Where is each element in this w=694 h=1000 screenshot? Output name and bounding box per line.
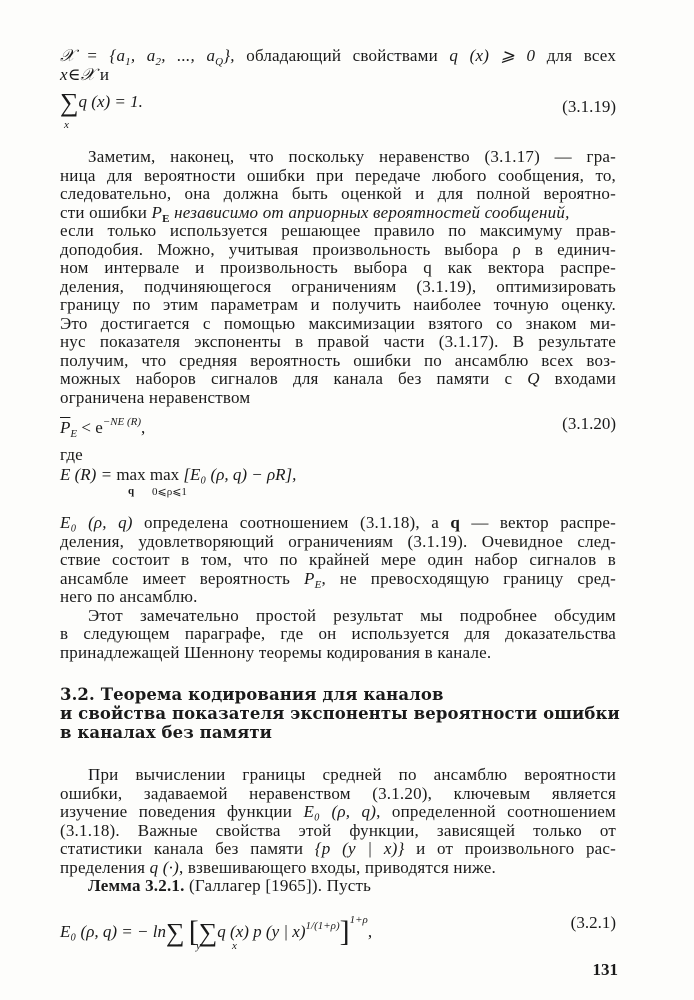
para4-line: (3.1.18). Важные свойства этой функции, … <box>60 822 616 840</box>
book-page: 𝒳 = {a1, a2, ..., aQ}, обладающий свойст… <box>0 0 694 1000</box>
para1-line: если только используется решающее правил… <box>60 222 616 240</box>
para1-line: доподобия. Можно, учитывая произвольност… <box>60 241 616 259</box>
para4-line: изучение поведения функции E₀ (ρ, q), оп… <box>60 803 616 821</box>
para1-line: ограничена неравенством <box>60 389 616 407</box>
equation-number: (3.1.20) <box>562 414 616 434</box>
para1-line: нус показателя экспоненты в правой части… <box>60 333 616 351</box>
section-heading-line: в каналах без памяти <box>60 723 272 742</box>
para3-line: в следующем параграфе, где он использует… <box>60 625 616 643</box>
para4-line: пределения q (·), взвешивающего входы, п… <box>60 859 616 877</box>
para1-line: ница для вероятности ошибки при передаче… <box>60 167 616 185</box>
para4-line: При вычислении границы средней по ансамб… <box>88 766 616 784</box>
section-heading-line: и свойства показателя экспоненты вероятн… <box>60 704 620 723</box>
sum-index: x <box>64 119 69 131</box>
para2-line: него по ансамблю. <box>60 588 616 606</box>
equation-number: (3.1.19) <box>562 97 616 117</box>
set-membership-line: x∈𝒳 и <box>60 66 616 84</box>
section-heading-line: 3.2. Теорема кодирования для каналов <box>60 685 444 704</box>
equation-3-1-19: ∑q (x) = 1. <box>60 92 143 113</box>
para4-line: ошибки, задаваемой неравенством (3.1.20)… <box>60 785 616 803</box>
para2-line: ствие состоит в том, что по крайней мере… <box>60 551 616 569</box>
para2-line: деления, удовлетворяющий ограничениям (3… <box>60 533 616 551</box>
max-index-q: q <box>128 485 134 497</box>
para4-line: статистики канала без памяти {p (y | x)}… <box>60 840 616 858</box>
para1-line: Заметим, наконец, что поскольку неравенс… <box>88 148 616 166</box>
sum-index-x: x <box>232 940 237 952</box>
para1-line: ном интервале и произвольность выбора q … <box>60 259 616 277</box>
para1-line: деления, подчиняющегося ограничениям (3.… <box>60 278 616 296</box>
para3-line: Этот замечательно простой результат мы п… <box>88 607 616 625</box>
page-number: 131 <box>593 960 619 980</box>
max-index-rho: 0⩽ρ⩽1 <box>152 485 187 498</box>
where-label: где <box>60 446 616 464</box>
para1-line: следовательно, она должна быть оценкой и… <box>60 185 616 203</box>
lemma-line: Лемма 3.2.1. (Галлагер [1965]). Пусть <box>88 877 616 895</box>
para1-line: можных наборов сигналов для канала без п… <box>60 370 616 388</box>
para3-line: принадлежащей Шеннону теоремы кодировани… <box>60 644 616 662</box>
equation-3-2-1: E₀ (ρ, q) = − ln∑ [∑q (x) p (y | x)1/(1+… <box>60 910 372 943</box>
equation-E-of-R: E (R) = max max [E₀ (ρ, q) − ρR], <box>60 465 296 485</box>
para1-line: Это достигается с помощью максимизации в… <box>60 315 616 333</box>
equation-3-1-20: PE < e−NE (R), <box>60 412 145 444</box>
para1-line: получим, что средняя вероятность ошибки … <box>60 352 616 370</box>
sum-index-y: y <box>196 940 201 952</box>
equation-number: (3.2.1) <box>571 913 616 933</box>
para1-line: границу по этим параметрам и получить на… <box>60 296 616 314</box>
para2-line: E₀ (ρ, q) определена соотношением (3.1.1… <box>60 514 616 532</box>
